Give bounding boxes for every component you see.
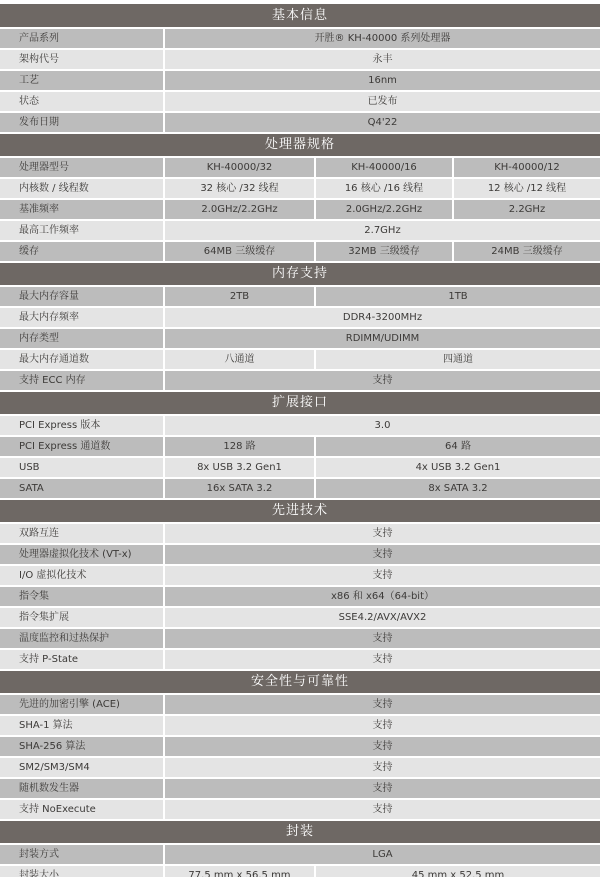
row-value: 3.0 bbox=[165, 416, 600, 435]
table-row: 双路互连支持 bbox=[0, 524, 600, 543]
row-label: PCI Express 通道数 bbox=[0, 437, 163, 456]
row-value: 四通道 bbox=[316, 350, 600, 369]
table-row: 指令集扩展SSE4.2/AVX/AVX2 bbox=[0, 608, 600, 627]
table-row: 支持 ECC 内存支持 bbox=[0, 371, 600, 390]
row-value: LGA bbox=[165, 845, 600, 864]
table-row: 状态已发布 bbox=[0, 92, 600, 111]
row-value: 支持 bbox=[165, 758, 600, 777]
row-value: 45 mm x 52.5 mm bbox=[316, 866, 600, 877]
row-value: 支持 bbox=[165, 650, 600, 669]
row-value: KH-40000/12 bbox=[454, 158, 600, 177]
row-label: 最高工作频率 bbox=[0, 221, 163, 240]
table-row: 指令集x86 和 x64（64-bit） bbox=[0, 587, 600, 606]
row-value: 2.0GHz/2.2GHz bbox=[316, 200, 452, 219]
row-value: 支持 bbox=[165, 545, 600, 564]
table-row: 温度监控和过热保护支持 bbox=[0, 629, 600, 648]
row-value: RDIMM/UDIMM bbox=[165, 329, 600, 348]
row-value: 支持 bbox=[165, 737, 600, 756]
row-value: KH-40000/16 bbox=[316, 158, 452, 177]
row-label: SATA bbox=[0, 479, 163, 498]
row-value: 32 核心 /32 线程 bbox=[165, 179, 314, 198]
row-value: 支持 bbox=[165, 371, 600, 390]
table-row: SHA-1 算法支持 bbox=[0, 716, 600, 735]
row-value: 16 核心 /16 线程 bbox=[316, 179, 452, 198]
table-row: 封装大小77.5 mm x 56.5 mm45 mm x 52.5 mm bbox=[0, 866, 600, 877]
table-row: 最高工作频率2.7GHz bbox=[0, 221, 600, 240]
row-label: 处理器虚拟化技术 (VT-x) bbox=[0, 545, 163, 564]
section-header: 安全性与可靠性 bbox=[0, 671, 600, 693]
table-row: 最大内存容量2TB1TB bbox=[0, 287, 600, 306]
table-row: 架构代号永丰 bbox=[0, 50, 600, 69]
row-label: 指令集扩展 bbox=[0, 608, 163, 627]
table-row: 工艺16nm bbox=[0, 71, 600, 90]
row-value: 2.7GHz bbox=[165, 221, 600, 240]
row-label: I/O 虚拟化技术 bbox=[0, 566, 163, 585]
row-label: SHA-256 算法 bbox=[0, 737, 163, 756]
row-label: 先进的加密引擎 (ACE) bbox=[0, 695, 163, 714]
table-row: I/O 虚拟化技术支持 bbox=[0, 566, 600, 585]
row-label: 内存类型 bbox=[0, 329, 163, 348]
row-label: 最大内存容量 bbox=[0, 287, 163, 306]
table-row: USB8x USB 3.2 Gen14x USB 3.2 Gen1 bbox=[0, 458, 600, 477]
row-value: 支持 bbox=[165, 524, 600, 543]
row-value: 128 路 bbox=[165, 437, 314, 456]
table-row: PCI Express 版本3.0 bbox=[0, 416, 600, 435]
row-value: 4x USB 3.2 Gen1 bbox=[316, 458, 600, 477]
section-header: 处理器规格 bbox=[0, 134, 600, 156]
row-label: SM2/SM3/SM4 bbox=[0, 758, 163, 777]
row-label: 温度监控和过热保护 bbox=[0, 629, 163, 648]
row-value: 支持 bbox=[165, 695, 600, 714]
spec-table: 基本信息产品系列开胜® KH-40000 系列处理器架构代号永丰工艺16nm状态… bbox=[0, 4, 600, 877]
section-header: 基本信息 bbox=[0, 4, 600, 27]
row-value: 77.5 mm x 56.5 mm bbox=[165, 866, 314, 877]
row-value: 支持 bbox=[165, 566, 600, 585]
row-label: 最大内存频率 bbox=[0, 308, 163, 327]
row-value: 八通道 bbox=[165, 350, 314, 369]
table-row: 产品系列开胜® KH-40000 系列处理器 bbox=[0, 29, 600, 48]
row-label: 双路互连 bbox=[0, 524, 163, 543]
row-value: DDR4-3200MHz bbox=[165, 308, 600, 327]
row-value: 支持 bbox=[165, 779, 600, 798]
row-value: 24MB 三级缓存 bbox=[454, 242, 600, 261]
row-value: 8x SATA 3.2 bbox=[316, 479, 600, 498]
row-label: PCI Express 版本 bbox=[0, 416, 163, 435]
table-row: 处理器虚拟化技术 (VT-x)支持 bbox=[0, 545, 600, 564]
table-row: 封装方式LGA bbox=[0, 845, 600, 864]
table-row: 基准频率2.0GHz/2.2GHz2.0GHz/2.2GHz2.2GHz bbox=[0, 200, 600, 219]
row-value: 支持 bbox=[165, 629, 600, 648]
row-label: 支持 NoExecute bbox=[0, 800, 163, 819]
row-value: 64 路 bbox=[316, 437, 600, 456]
row-label: 随机数发生器 bbox=[0, 779, 163, 798]
table-row: SATA16x SATA 3.28x SATA 3.2 bbox=[0, 479, 600, 498]
row-label: 封装方式 bbox=[0, 845, 163, 864]
table-row: 内核数 / 线程数32 核心 /32 线程16 核心 /16 线程12 核心 /… bbox=[0, 179, 600, 198]
row-value: 8x USB 3.2 Gen1 bbox=[165, 458, 314, 477]
row-value: 2.2GHz bbox=[454, 200, 600, 219]
row-value: 支持 bbox=[165, 716, 600, 735]
table-row: 缓存64MB 三级缓存32MB 三级缓存24MB 三级缓存 bbox=[0, 242, 600, 261]
table-row: PCI Express 通道数128 路64 路 bbox=[0, 437, 600, 456]
table-row: 支持 NoExecute支持 bbox=[0, 800, 600, 819]
row-label: 支持 ECC 内存 bbox=[0, 371, 163, 390]
table-row: 内存类型RDIMM/UDIMM bbox=[0, 329, 600, 348]
row-label: 架构代号 bbox=[0, 50, 163, 69]
row-label: 内核数 / 线程数 bbox=[0, 179, 163, 198]
row-value: x86 和 x64（64-bit） bbox=[165, 587, 600, 606]
table-row: 随机数发生器支持 bbox=[0, 779, 600, 798]
section-header: 封装 bbox=[0, 821, 600, 843]
row-value: 64MB 三级缓存 bbox=[165, 242, 314, 261]
row-value: 16nm bbox=[165, 71, 600, 90]
row-label: 封装大小 bbox=[0, 866, 163, 877]
row-value: SSE4.2/AVX/AVX2 bbox=[165, 608, 600, 627]
section-header: 扩展接口 bbox=[0, 392, 600, 414]
row-value: 12 核心 /12 线程 bbox=[454, 179, 600, 198]
table-row: 最大内存通道数八通道四通道 bbox=[0, 350, 600, 369]
row-value: KH-40000/32 bbox=[165, 158, 314, 177]
row-label: 工艺 bbox=[0, 71, 163, 90]
table-row: 最大内存频率DDR4-3200MHz bbox=[0, 308, 600, 327]
table-row: SM2/SM3/SM4支持 bbox=[0, 758, 600, 777]
row-label: 状态 bbox=[0, 92, 163, 111]
row-label: 处理器型号 bbox=[0, 158, 163, 177]
table-row: SHA-256 算法支持 bbox=[0, 737, 600, 756]
row-label: USB bbox=[0, 458, 163, 477]
row-value: 1TB bbox=[316, 287, 600, 306]
row-label: 产品系列 bbox=[0, 29, 163, 48]
row-label: 指令集 bbox=[0, 587, 163, 606]
row-label: 基准频率 bbox=[0, 200, 163, 219]
row-value: 开胜® KH-40000 系列处理器 bbox=[165, 29, 600, 48]
row-value: 永丰 bbox=[165, 50, 600, 69]
row-label: 缓存 bbox=[0, 242, 163, 261]
table-row: 发布日期Q4'22 bbox=[0, 113, 600, 132]
row-label: 支持 P-State bbox=[0, 650, 163, 669]
row-value: 16x SATA 3.2 bbox=[165, 479, 314, 498]
section-header: 内存支持 bbox=[0, 263, 600, 285]
row-value: 支持 bbox=[165, 800, 600, 819]
row-value: 2TB bbox=[165, 287, 314, 306]
row-label: 发布日期 bbox=[0, 113, 163, 132]
section-header: 先进技术 bbox=[0, 500, 600, 522]
table-row: 支持 P-State支持 bbox=[0, 650, 600, 669]
row-value: 2.0GHz/2.2GHz bbox=[165, 200, 314, 219]
table-row: 处理器型号KH-40000/32KH-40000/16KH-40000/12 bbox=[0, 158, 600, 177]
row-label: 最大内存通道数 bbox=[0, 350, 163, 369]
row-value: 已发布 bbox=[165, 92, 600, 111]
row-value: Q4'22 bbox=[165, 113, 600, 132]
row-label: SHA-1 算法 bbox=[0, 716, 163, 735]
row-value: 32MB 三级缓存 bbox=[316, 242, 452, 261]
table-row: 先进的加密引擎 (ACE)支持 bbox=[0, 695, 600, 714]
